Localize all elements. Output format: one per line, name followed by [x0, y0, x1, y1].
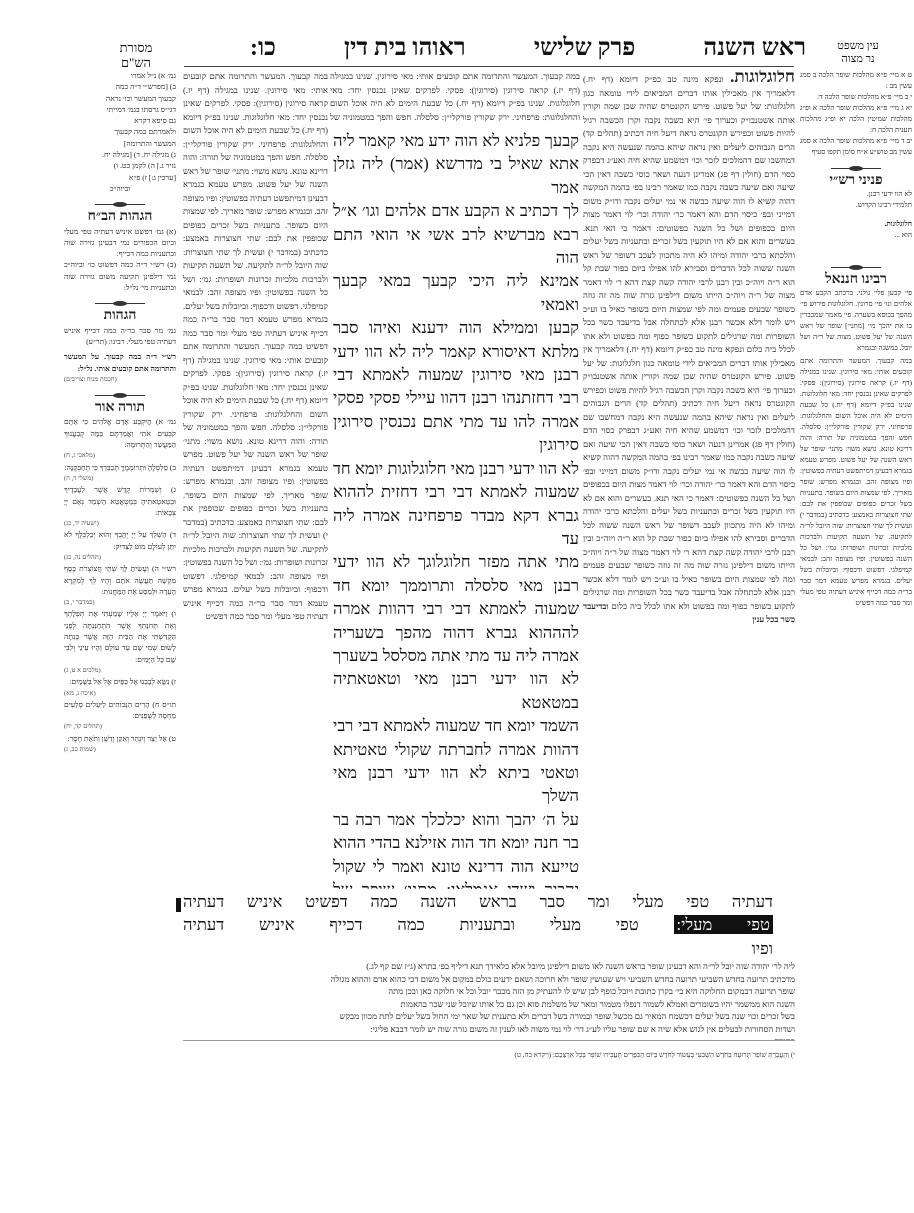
verse-source: (תהלים נה, כג)	[64, 552, 176, 563]
ein-mishpat-header: עין משפט נר מצוה	[808, 40, 908, 66]
torah-or-verse: ב) סַלְסְלֶהָ וּתְרוֹמְמֶךָּ תְּכַבֵּדְך…	[64, 462, 176, 485]
chapter-number: פרק שלישי	[534, 35, 635, 62]
footnote-source: (ויקרא כה, ט)	[515, 1051, 552, 1059]
commentary-line: מדכתיב תרועה בחדש השביעי תרועה בחדש השבי…	[183, 973, 795, 986]
gemara-line: ופיו	[183, 937, 773, 960]
ornament-divider	[95, 395, 145, 396]
gemara-line: אתא שאיל בי מדרשא (אמר) ליה גזלן אמר	[333, 152, 579, 199]
torah-or-verse: גמ׳ א) הֲיִקְבַּע אָדָם אֱלֹהִים כִּי אַ…	[64, 416, 176, 461]
gemara-line: רבי דחזתנהו רבנן דהוו עיילי פסקי פסקי	[333, 386, 579, 409]
verse-source: (שמות כב, ג)	[64, 744, 176, 755]
penei-rashi-title: פניני רש״י	[800, 175, 912, 186]
gemara-line: דעתיה טפי מעלי ומר סבר בראש השנה כמה דפש…	[183, 890, 773, 913]
penei-rashi-line: הוא ...	[800, 230, 912, 241]
boxed-dibur-hamatchil: טפי מעלי:	[674, 915, 773, 934]
ornament-divider	[95, 303, 145, 304]
page-header: ראש השנה פרק שלישי ראוהו בית דין כו:	[250, 34, 806, 62]
verse-source: (ישעיה יד, כג)	[64, 518, 176, 529]
gemara-line: רבא מברשיא לרב אשי אי הואי התם הוה	[333, 223, 579, 270]
footnote: י) וְהַעֲבַרְתָּ שׁוֹפַר תְּרוּעָה בַּחֹ…	[183, 1050, 795, 1064]
ornament-divider	[831, 168, 881, 169]
verse-source: (תהלים קד, יח)	[64, 721, 176, 732]
gemara-line: להההוא גברא דהוה מהפך בשעריה	[333, 621, 579, 644]
hagahot-habach-note: (ב) רש״י ד״ה כמה דפשוט כו׳ וביוה״כ נמי ד…	[64, 259, 176, 293]
penei-rashi-line: תלמידי רבינו הקדוש.	[800, 200, 912, 211]
verse-source: (מלכים א ט, ג)	[64, 665, 176, 676]
gemara-line: לא הוו ידעי רבנן מאי חלוגלוגות יומא חד	[333, 457, 579, 480]
talmud-page: מסורת הש"ם ראש השנה פרק שלישי ראוהו בית …	[0, 0, 914, 1213]
commentary-line: בשל זכרים וכוי שנה בשל יעלים דכשמח המאיר…	[183, 1010, 795, 1023]
tosafot-text-cont: ונפקא מינה טב כפ״ק דיומא (דף יח.) דלאמרי…	[583, 344, 795, 611]
gemara-line: לך דכתיב א הקבע אדם אלהים וגו׳ א״ל	[333, 199, 579, 222]
gemara-line: על ה׳ יהבך והוא יכלכלך אמר רבה בר	[333, 808, 579, 831]
commentary-line: ליה לר׳ יהודה שוה יובל לר״ה והא דבעינן ש…	[183, 960, 795, 973]
ein-mishpat-entry: יא ג מיי׳ פ״א מהלכות שופר הלכה א ופ״ג מה…	[800, 103, 912, 136]
gemara-line: בר חנה יומא חד הוה אזילנא בהדי ההוא	[333, 831, 579, 854]
gemara-line: מלתא דאיסורא קאמר ליה לא הוו ידעי	[333, 340, 579, 363]
masoret-line: ולאמרתם במה קבעוך	[64, 126, 176, 137]
chapter-title: ראוהו בית דין	[344, 35, 466, 62]
footnote-text: י) וְהַעֲבַרְתָּ שׁוֹפַר תְּרוּעָה בַּחֹ…	[553, 1051, 795, 1059]
gemara-wide-lines: דעתיה טפי מעלי ומר סבר בראש השנה כמה דפש…	[183, 890, 773, 960]
ein-mishpat-entry: ט א מיי׳ פ״א מהלכות שופר הלכה ב סמג עשין…	[800, 70, 912, 92]
gemara-line: קבעך פלניא לא הוה ידע מאי קאמר ליה	[333, 129, 579, 152]
masoret-line: נזיר ג.] ה) לקמן כט. ו)	[64, 160, 176, 171]
bottom-commentary: ליה לר׳ יהודה שוה יובל לר״ה והא דבעינן ש…	[183, 960, 795, 1040]
gemara-line: מתי אתה מפזר חלוגלוגך לא הוו ידעי	[333, 550, 579, 573]
verse-text: ב) סַלְסְלֶהָ וּתְרוֹמְמֶךָּ תְּכַבֵּדְך…	[64, 463, 176, 472]
gemara-line: קבען וממילא הוה ידענא ואיהו סבר	[333, 316, 579, 339]
gemara-line: אמרה להו עד מתי אתם נכנסין סירוגין סירוג…	[333, 410, 579, 457]
ornament-divider	[95, 204, 145, 205]
gemara-line: טפי מעלי: טפי מעלי ובתעניות כמה דכייף אי…	[183, 913, 773, 936]
gemara-line: יהביך ושדי אגמלאי: מתני׳ שופר של	[333, 878, 579, 889]
ornament-divider	[831, 267, 881, 268]
daf-number: כו:	[250, 35, 276, 62]
masoret-line: קבעוך המעשר וכו׳ נראה	[64, 93, 176, 104]
gemara-line: שמעוה לאמתא דבי רבי דהוות אמרה	[333, 597, 579, 620]
verse-text: ג) וְשִׁמְרוֹת קֶדֶשׁ אֲשֶׁר לַעֲבָדֶיךָ…	[64, 485, 176, 517]
rabbeinu-chananel-title: רבינו חננאל	[800, 274, 912, 285]
verse-source: (במדבר י, ב)	[64, 597, 176, 608]
header-rule	[184, 66, 794, 67]
verse-text: ט) אַל יֵצֵר וְיִנְהַר וְאֵקַן וְדֵשֶׁן …	[67, 734, 176, 743]
left-margin-column: גמ׳ א) נ״ל אמרו ב) [מפרש״י ד״ה כמה קבעוך…	[64, 70, 176, 1070]
masoret-line: המעשר והתרומה]	[64, 138, 176, 149]
torah-or-verse: ט) אַל יֵצֵר וְיִנְהַר וְאֵקַן וְדֵשֶׁן …	[64, 733, 176, 756]
hagahot-habach-note: (א) גמ׳ דפשט איניש דעתיה טפי מעלי וביום …	[64, 226, 176, 260]
hagahot-rashi-note: רש״י ד״ה במה קבעוך. על המעשר והתרומה אתם…	[64, 351, 176, 374]
torah-or-verse: ו) וַיֹּאמֶר יְיָ אֵלָיו שָׁמַעְתִּי אֶת…	[64, 608, 176, 676]
verse-text: רש״י ה) וְעָשִׂיתָ לָּךְ שְׁתֵּי חֲצוֹצְ…	[64, 564, 176, 596]
rabbeinu-chananel-text: פי׳ קבען פלי׳ גולני. ברכתב הקבע אדם אלהי…	[800, 288, 912, 354]
commentary-line: ושדות הסחורות לבעלים אין לגוש אלא שיה א …	[183, 1023, 795, 1036]
masoret-header: מסורת הש"ם	[96, 40, 176, 70]
verse-text: גמ׳ א) הֲיִקְבַּע אָדָם אֱלֹהִים כִּי אַ…	[64, 417, 176, 449]
gemara-line: גברא דקא מבדר פרפחינה אמרה ליה עד	[333, 504, 579, 551]
gemara-line: אמרה ליה עד מתי אתה מסלסל בשערך	[333, 644, 579, 667]
gemara-line: טייעא הוה דרינא טונא ואמר לי שקול	[333, 855, 579, 878]
torah-or-verse: ג) וְשִׁמְרוֹת קֶדֶשׁ אֲשֶׁר לַעֲבָדֶיךָ…	[64, 484, 176, 529]
rashi-top-text: במה קבעוך. המעשר והתרומה אתם קובעים אותי…	[330, 71, 580, 126]
verse-text: ו) וַיֹּאמֶר יְיָ אֵלָיו שָׁמַעְתִּי אֶת…	[64, 609, 176, 663]
margin-marker	[176, 898, 181, 912]
gemara-line: השמד יומא חד שמעוה לאמתא דבי רבי	[333, 714, 579, 737]
commentary-line: שופר תרועה דבמקום החלוקה היא בי׳ בקרן כת…	[183, 985, 795, 998]
masoret-block: גמ׳ א) נ״ל אמרו ב) [מפרש״י ד״ה כמה קבעוך…	[64, 70, 176, 194]
gemara-line-text: טפי מעלי ובתעניות כמה דכייף איניש דעתיה	[183, 915, 639, 934]
gemara-line: דהוות אמרה לחברתה שקולי טאטיתא	[333, 738, 579, 761]
rashi-column: במה קבעוך. המעשר והתרומה אתם קובעים אותי…	[183, 70, 328, 950]
verse-source: (איכה ג, מא)	[64, 688, 176, 699]
gemara-line: רבנן מאי סירוגין שמעוה לאמתא דבי	[333, 363, 579, 386]
verse-text: ז) נִשָּׂא לְבָבֵנוּ אֶל כַּפָּיִם אֶל א…	[69, 677, 176, 686]
hagahot-habach-title: הגהות הב״ח	[64, 211, 176, 222]
gemara-line: לא הוו ידעי רבנן מאי וטאטאתיה במטאטא	[333, 667, 579, 714]
masoret-line: גמ׳ א) נ״ל אמרו	[64, 70, 176, 81]
verse-text: תו״ס ח) הָרִים הַנְּבוֹהִים לַיְּעֵלִים …	[64, 700, 176, 720]
tosafot-column: חלוגלוגות. ונפקא מינה טב כפ״ק דיומא (דף …	[583, 70, 795, 1015]
gemara-line: רבנן מאי סלסלה ותרוממך יומא חד	[333, 574, 579, 597]
penei-rashi-line: חלוגלוגות.	[800, 219, 912, 230]
hagahot-text: גמ׳ מר סבר בר״ה כמה דכייף איניש דעתיה טפ…	[64, 325, 176, 348]
tractate-name: ראש השנה	[703, 35, 806, 62]
tosafot-dibur-hamatchil: חלוגלוגות.	[730, 70, 795, 86]
verse-text: ד) הַשְׁלֵךְ עַל יְיָ יְהָבְךָ וְהוּא יְ…	[64, 530, 176, 550]
masoret-line: וביוה״כ	[64, 183, 176, 194]
masoret-line: ג) מגילה יח. ד) [מגילה יח.	[64, 149, 176, 160]
masoret-line: דגי״ס גרסתו בגמ׳ דמייתי	[64, 104, 176, 115]
verse-source: (מלאכי ג, ח)	[64, 450, 176, 461]
gemara-line: אמינא ליה היכי קבעך במאי קבעך ואמאי	[333, 269, 579, 316]
rashi-text: במה קבעוך. המעשר והתרומה אתם קובעים אותי…	[183, 71, 328, 351]
ein-mishpat-entry: י ב מיי׳ פ״א מהלכות שופר הלכה ד:	[800, 92, 912, 103]
tosafot-text: ונפקא מינה טב כפ״ק דיומא (דף יח.) דלאמרי…	[583, 74, 795, 354]
masoret-line: גם סיפא דקרא	[64, 115, 176, 126]
rashi-top-band: במה קבעוך. המעשר והתרומה אתם קובעים אותי…	[330, 70, 580, 126]
torah-or-verse: רש״י ה) וְעָשִׂיתָ לָּךְ שְׁתֵּי חֲצוֹצְ…	[64, 563, 176, 608]
hagahot-source: (חכמת מנוח וצריכים)	[64, 374, 176, 385]
gemara-line: שמעוה לאמתא דבי רבי דחזית לההוא	[333, 480, 579, 503]
footnote-rule	[183, 1040, 795, 1041]
torah-or-verse: ד) הַשְׁלֵךְ עַל יְיָ יְהָבְךָ וְהוּא יְ…	[64, 529, 176, 563]
masoret-line: [ערכין ג:] ז) פ״א	[64, 172, 176, 183]
torah-or-verse: ז) נִשָּׂא לְבָבֵנוּ אֶל כַּפָּיִם אֶל א…	[64, 676, 176, 699]
verse-source: (משלי ד, ח)	[64, 473, 176, 484]
ein-mishpat-column: ט א מיי׳ פ״א מהלכות שופר הלכה ב סמג עשין…	[800, 70, 912, 1050]
rashi-text-cont: במה קבעוך. המעשר והתרומה אתם קובעים אותי…	[183, 341, 328, 621]
hagahot-title: הגהות	[64, 310, 176, 321]
torah-or-verse: תו״ס ח) הָרִים הַנְּבוֹהִים לַיְּעֵלִים …	[64, 699, 176, 733]
penei-rashi-line: לא הוו ידעי רבנן.	[800, 189, 912, 200]
gemara-text: קבעך פלניא לא הוה ידע מאי קאמר ליה אתא ש…	[333, 129, 579, 889]
commentary-line: השנה הוא ממשמר יהיו בשומרים ואמלא לשמור …	[183, 998, 795, 1011]
gemara-line: וטאטי ביתא לא הוו ידעי רבנן מאי השלך	[333, 761, 579, 808]
ein-mishpat-entry: יב ד מיי׳ פ״א מהלכות שופר הלכה א סמג עשי…	[800, 136, 912, 158]
torah-or-title: תורה אור	[64, 402, 176, 413]
rabbeinu-chananel-text-cont: במה קבעוך. המעשר והתרומה אתם קובעים אותי…	[800, 356, 912, 609]
masoret-line: ב) [מפרש״י ד״ה כמה	[64, 81, 176, 92]
